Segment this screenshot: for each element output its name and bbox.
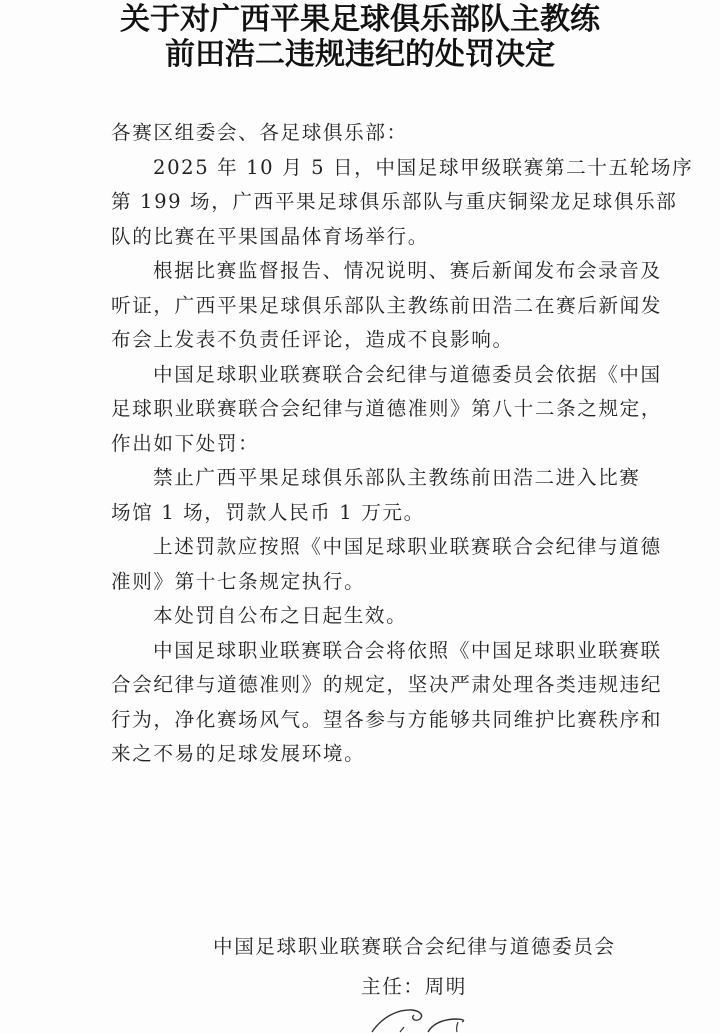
document-title-line-1: 关于对广西平果足球俱乐部队主教练 <box>0 2 720 38</box>
signing-organization: 中国足球职业联赛联合会纪律与道德委员会 <box>213 930 616 959</box>
paragraph-match-info: 2025 年 10 月 5 日，中国足球甲级联赛第二十五轮场序 第 199 场，… <box>111 151 611 255</box>
paragraph-line: 第 199 场，广西平果足球俱乐部队与重庆铜梁龙足球俱乐部 <box>111 185 611 220</box>
paragraph-line: 队的比赛在平果国晶体育场举行。 <box>111 220 611 255</box>
paragraph-basis: 中国足球职业联赛联合会纪律与道德委员会依据《中国 足球职业联赛联合会纪律与道德准… <box>111 358 611 462</box>
paragraph-line: 禁止广西平果足球俱乐部队主教练前田浩二进入比赛 <box>111 461 611 496</box>
salutation-text: 各赛区组委会、各足球俱乐部： <box>111 116 611 151</box>
paragraph-line: 中国足球职业联赛联合会纪律与道德委员会依据《中国 <box>111 358 611 393</box>
paragraph-fine-execution: 上述罚款应按照《中国足球职业联赛联合会纪律与道德 准则》第十七条规定执行。 <box>111 530 611 599</box>
paragraph-line: 作出如下处罚： <box>111 427 611 462</box>
paragraph-effective: 本处罚自公布之日起生效。 <box>111 599 611 634</box>
document-page: 关于对广西平果足球俱乐部队主教练 前田浩二违规违纪的处罚决定 各赛区组委会、各足… <box>0 0 720 1033</box>
paragraph-closing: 中国足球职业联赛联合会将依照《中国足球职业联赛联 合会纪律与道德准则》的规定，坚… <box>111 634 611 772</box>
handwritten-signature-icon <box>370 1005 480 1033</box>
paragraph-line: 准则》第十七条规定执行。 <box>111 565 611 600</box>
salutation: 各赛区组委会、各足球俱乐部： <box>111 116 611 151</box>
paragraph-line: 上述罚款应按照《中国足球职业联赛联合会纪律与道德 <box>111 530 611 565</box>
paragraph-line: 足球职业联赛联合会纪律与道德准则》第八十二条之规定， <box>111 392 611 427</box>
paragraph-line: 合会纪律与道德准则》的规定，坚决严肃处理各类违规违纪 <box>111 668 611 703</box>
document-title-line-2: 前田浩二违规违纪的处罚决定 <box>0 37 720 73</box>
signing-director: 主任：周明 <box>361 970 467 999</box>
paragraph-line: 场馆 1 场，罚款人民币 1 万元。 <box>111 496 611 531</box>
paragraph-line: 来之不易的足球发展环境。 <box>111 737 611 772</box>
paragraph-line: 根据比赛监督报告、情况说明、赛后新闻发布会录音及 <box>111 254 611 289</box>
paragraph-violation: 根据比赛监督报告、情况说明、赛后新闻发布会录音及 听证，广西平果足球俱乐部队主教… <box>111 254 611 358</box>
paragraph-line: 中国足球职业联赛联合会将依照《中国足球职业联赛联 <box>111 634 611 669</box>
paragraph-line: 2025 年 10 月 5 日，中国足球甲级联赛第二十五轮场序 <box>111 151 611 186</box>
document-body: 各赛区组委会、各足球俱乐部： 2025 年 10 月 5 日，中国足球甲级联赛第… <box>111 116 611 772</box>
paragraph-line: 本处罚自公布之日起生效。 <box>111 599 611 634</box>
paragraph-line: 听证，广西平果足球俱乐部队主教练前田浩二在赛后新闻发 <box>111 289 611 324</box>
paragraph-line: 行为，净化赛场风气。望各参与方能够共同维护比赛秩序和 <box>111 703 611 738</box>
paragraph-line: 布会上发表不负责任评论，造成不良影响。 <box>111 323 611 358</box>
paragraph-penalty: 禁止广西平果足球俱乐部队主教练前田浩二进入比赛 场馆 1 场，罚款人民币 1 万… <box>111 461 611 530</box>
